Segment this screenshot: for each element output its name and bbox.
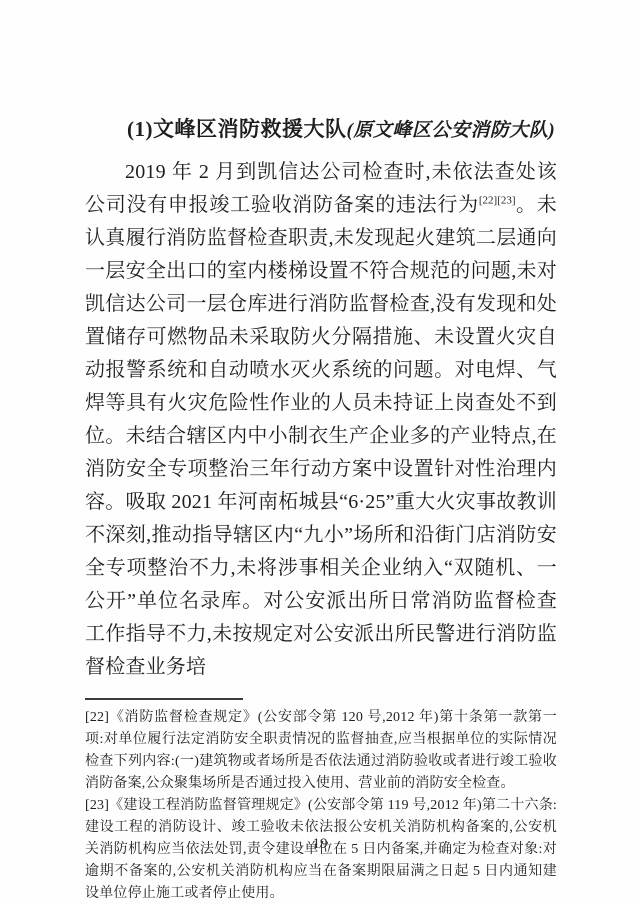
page-number: 19 — [0, 836, 640, 853]
section-heading: (1)文峰区消防救援大队(原文峰区公安消防大队) — [85, 112, 557, 148]
document-page: (1)文峰区消防救援大队(原文峰区公安消防大队) 2019 年 2 月到凯信达公… — [0, 0, 640, 904]
body-paragraph: 2019 年 2 月到凯信达公司检查时,未依法查处该公司没有申报竣工验收消防备案… — [85, 156, 557, 684]
footnote-22-marker: [22] — [85, 710, 109, 725]
page-content: (1)文峰区消防救援大队(原文峰区公安消防大队) 2019 年 2 月到凯信达公… — [85, 112, 557, 904]
footnote-22-text: 《消防监督检查规定》(公安部令第 120 号,2012 年)第十条第一款第一项:… — [85, 710, 557, 791]
footnote-22: [22]《消防监督检查规定》(公安部令第 120 号,2012 年)第十条第一款… — [85, 707, 557, 795]
section-heading-paren: (原文峰区公安消防大队) — [347, 120, 556, 141]
footnote-separator — [85, 698, 243, 700]
body-paragraph-after-ref: 。未认真履行消防监督检查职责,未发现起火建筑二层通向一层安全出口的室内楼梯设置不… — [85, 194, 557, 678]
body-paragraph-before-ref: 2019 年 2 月到凯信达公司检查时,未依法查处该公司没有申报竣工验收消防备案… — [85, 161, 557, 216]
section-heading-main: (1)文峰区消防救援大队 — [127, 117, 347, 141]
footnotes-block: [22]《消防监督检查规定》(公安部令第 120 号,2012 年)第十条第一款… — [85, 707, 557, 904]
footnote-23-marker: [23] — [85, 798, 109, 813]
footnote-reference-marks: [22][23] — [479, 194, 516, 206]
